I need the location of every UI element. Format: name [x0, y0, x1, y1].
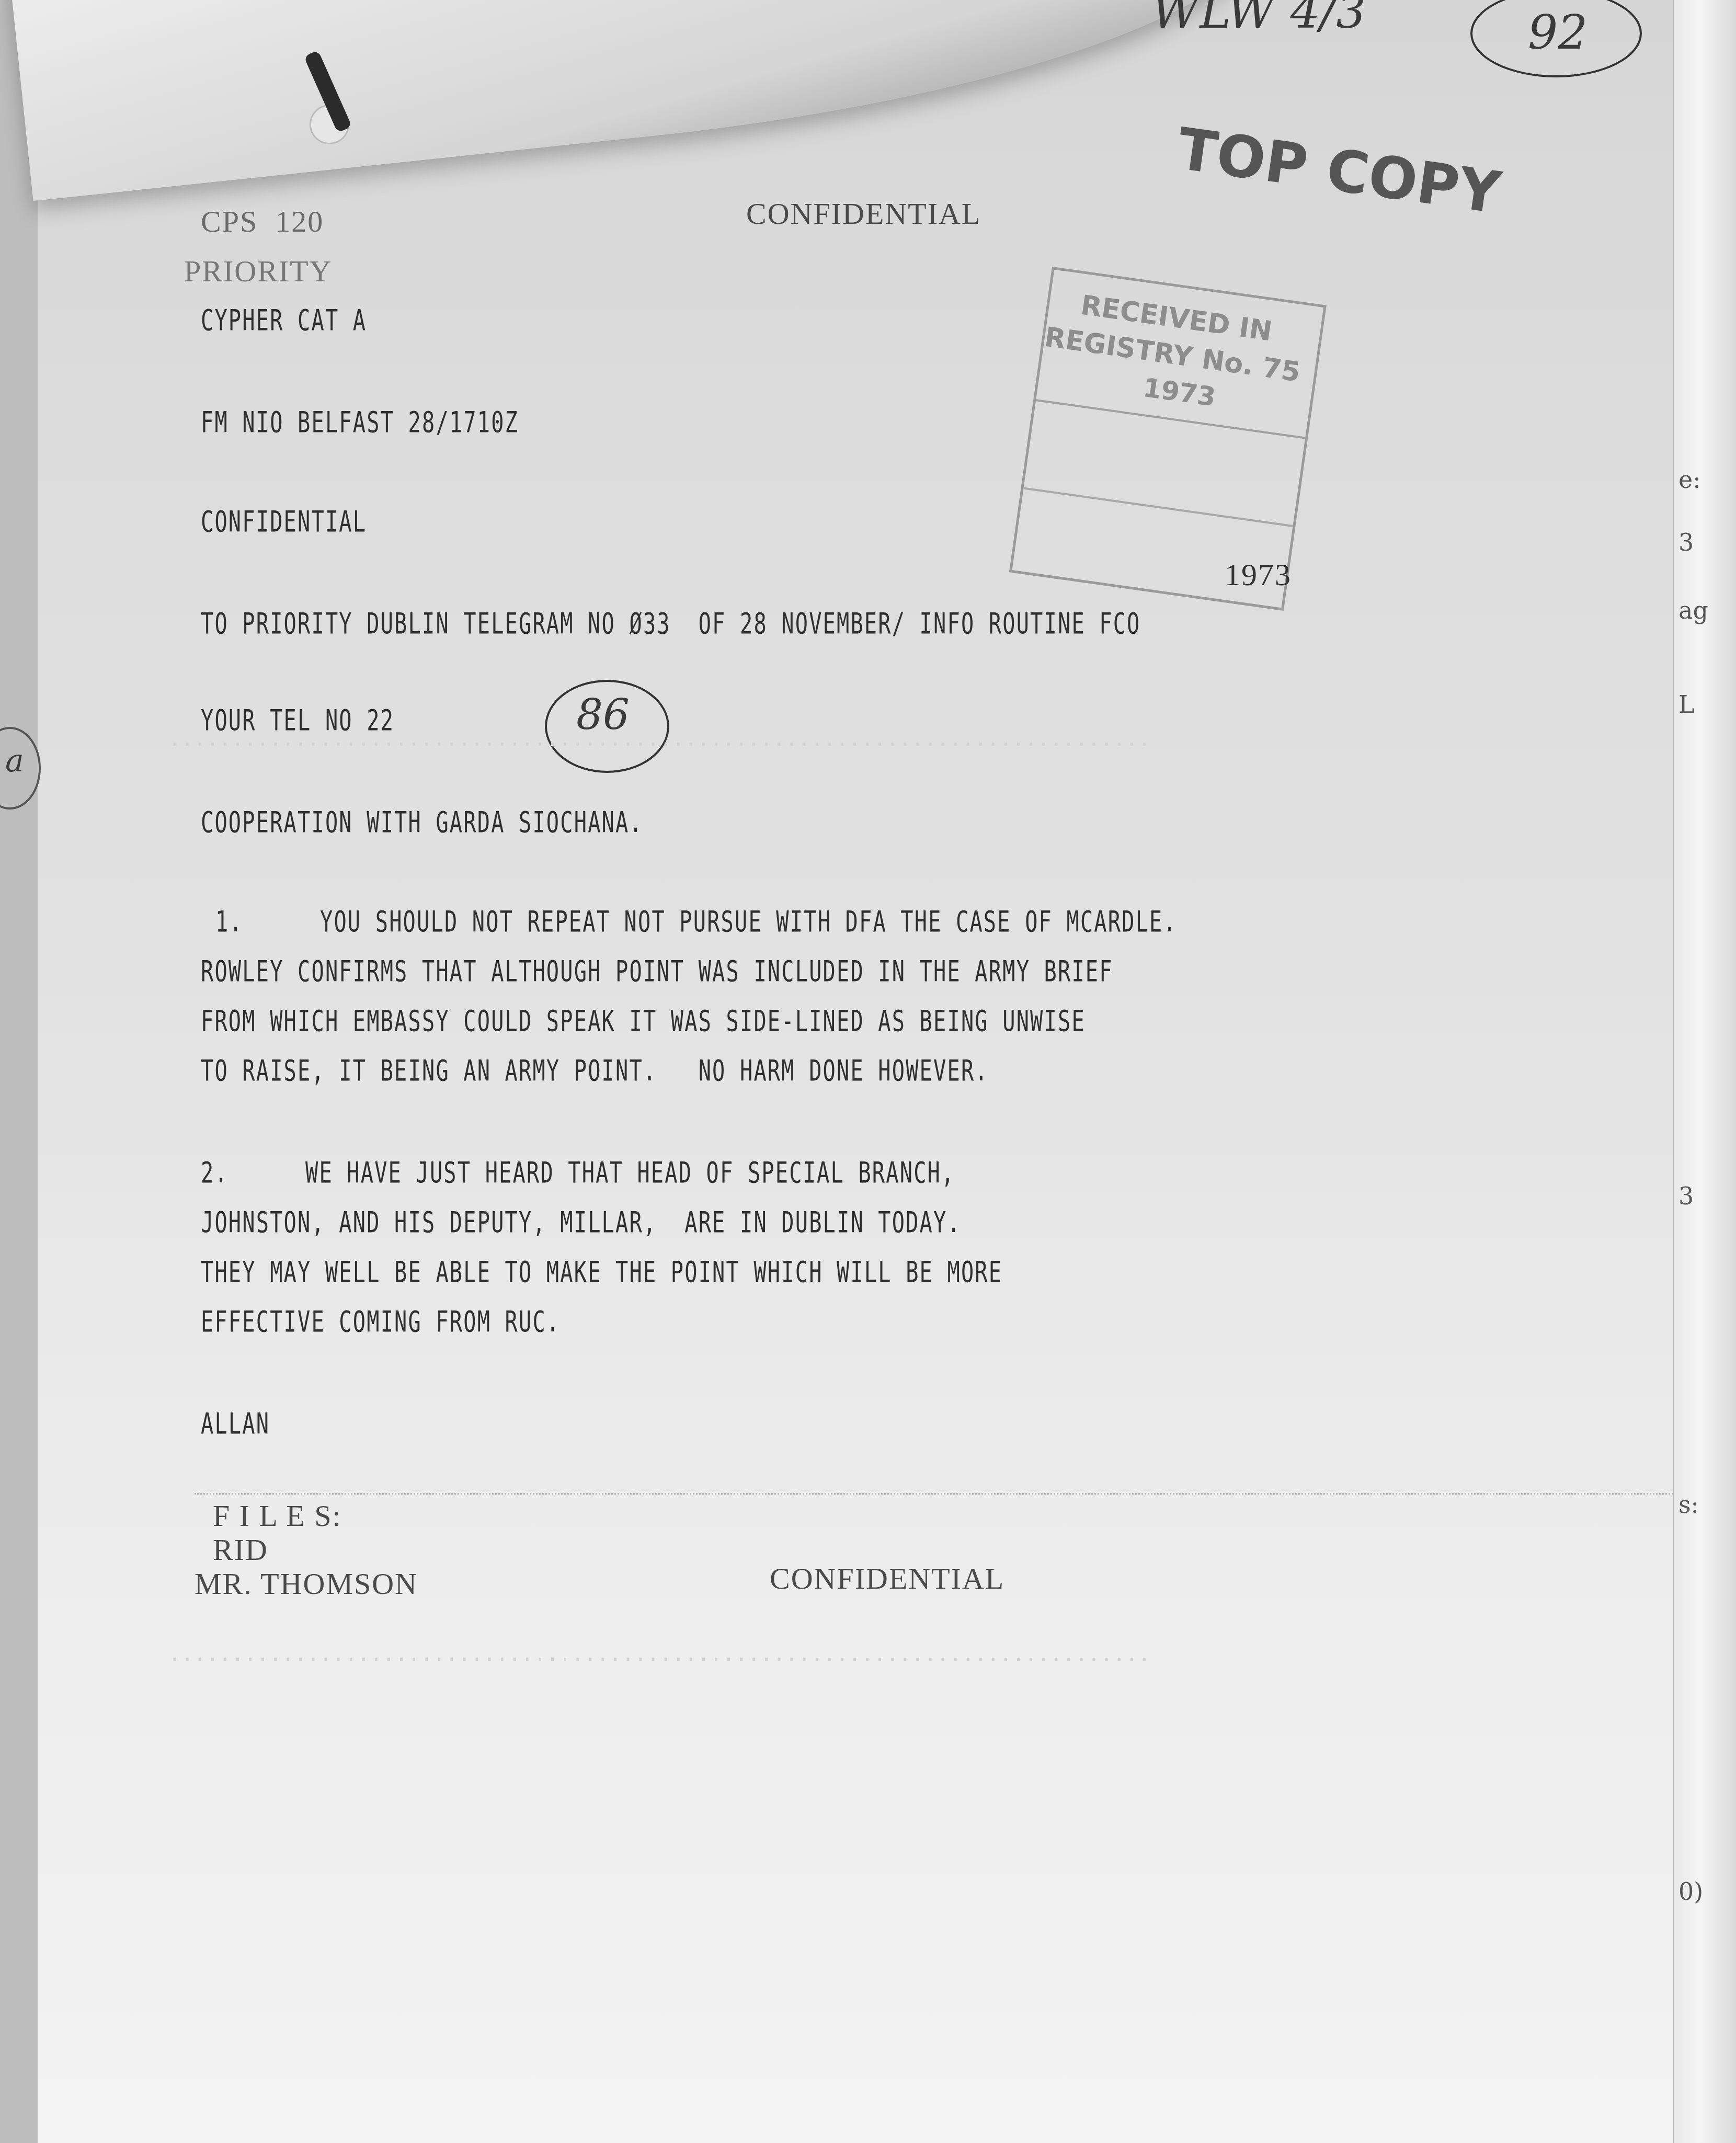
paragraph-1-line: FROM WHICH EMBASSY COULD SPEAK IT WAS SI… — [201, 1004, 1086, 1038]
paragraph-2-line: JOHNSTON, AND HIS DEPUTY, MILLAR, ARE IN… — [201, 1205, 961, 1239]
tear-line-divider — [195, 1493, 1711, 1495]
cypher-category: CYPHER CAT A — [201, 303, 367, 337]
distribution-item: RID — [213, 1532, 268, 1567]
backing-page-fragment: e: — [1678, 465, 1701, 494]
classification-bottom: CONFIDENTIAL — [770, 1561, 1004, 1596]
distribution-item: MR. THOMSON — [195, 1566, 418, 1601]
show-through-text: ........................................… — [168, 1642, 1150, 1666]
backing-page: e: 3 ag L 3 s: 0) — [1673, 0, 1736, 2143]
backing-page-fragment: 3 — [1678, 1182, 1694, 1210]
paragraph-2-line: EFFECTIVE COMING FROM RUC. — [201, 1305, 560, 1339]
from-line: FM NIO BELFAST 28/1710Z — [201, 405, 519, 439]
paragraph-2-number: 2. — [201, 1156, 229, 1190]
paragraph-2-line: THEY MAY WELL BE ABLE TO MAKE THE POINT … — [201, 1255, 1002, 1289]
year-typed: 1973 — [1225, 557, 1292, 593]
serial-number: CPS 120 — [201, 204, 324, 239]
backing-page-fragment: s: — [1678, 1490, 1699, 1519]
show-through-text: ........................................… — [168, 727, 1150, 751]
folio-number: 92 — [1528, 5, 1588, 60]
paragraph-2-line: WE HAVE JUST HEARD THAT HEAD OF SPECIAL … — [305, 1156, 955, 1190]
files-label: F I L E S: — [213, 1498, 342, 1533]
precedence-stamp: PRIORITY — [184, 254, 332, 289]
paragraph-1-number: 1. — [215, 905, 243, 939]
backing-page-fragment: ag — [1678, 596, 1708, 624]
paragraph-1-line: TO RAISE, IT BEING AN ARMY POINT. NO HAR… — [201, 1054, 989, 1088]
stamp-rule — [1023, 487, 1293, 527]
paragraph-1-line: YOU SHOULD NOT REPEAT NOT PURSUE WITH DF… — [320, 905, 1177, 939]
folded-page-flap — [7, 0, 1281, 201]
classification-top: CONFIDENTIAL — [746, 196, 981, 231]
subject-line: COOPERATION WITH GARDA SIOCHANA. — [201, 805, 643, 839]
backing-page-fragment: 3 — [1678, 528, 1694, 556]
signature: ALLAN — [201, 1407, 270, 1441]
file-reference-handwritten: WLW 4/3 — [1151, 0, 1366, 39]
backing-page-fragment: L — [1678, 690, 1695, 719]
left-backing-strip — [0, 0, 38, 2143]
margin-mark: a — [5, 743, 24, 779]
paragraph-1-line: ROWLEY CONFIRMS THAT ALTHOUGH POINT WAS … — [201, 954, 1113, 988]
classification-line: CONFIDENTIAL — [201, 505, 367, 539]
telegram-page: WLW 4/3 92 TOP COPY CPS 120 CONFIDENTIAL… — [38, 0, 1673, 2143]
to-line: TO PRIORITY DUBLIN TELEGRAM NO Ø33 OF 28… — [201, 607, 1141, 641]
stamp-line-3: 1973 — [1141, 372, 1218, 413]
top-copy-stamp: TOP COPY — [1173, 115, 1505, 226]
backing-page-fragment: 0) — [1678, 1877, 1703, 1906]
